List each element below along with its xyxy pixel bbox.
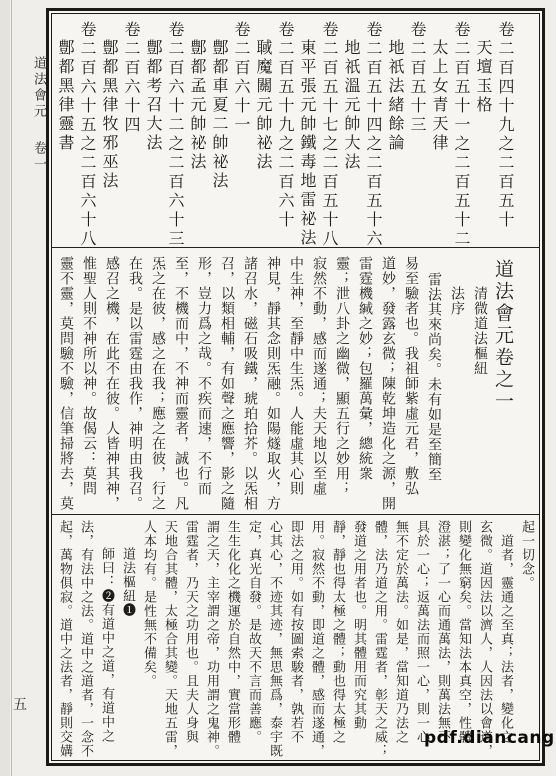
text-column: 法，有法中之法。道中之道者，一念不 — [75, 520, 96, 758]
body-text-section: 起一切念。道者，靈通之至真；法者，變化之玄微。道因法以濟人，人因法以會道，則變化… — [52, 515, 539, 760]
text-column: 謂之天，主宰謂之帝，功用謂之鬼神。 — [201, 520, 222, 758]
toc-column: 地祇法緒餘論 — [384, 21, 406, 245]
toc-column: 鄷都黑律靈書 — [54, 21, 76, 245]
page-border-frame: 卷二百四十九之二百五十天壇玉格卷二百五十一之二百五十二太上女青天律卷二百五十三地… — [46, 8, 545, 766]
text-column: 道者，靈通之至真；法者，變化之 — [495, 520, 516, 758]
text-column: 無不定於萬法。如是，當知道乃法之 — [390, 520, 411, 758]
toc-column: 東平張元帥鐵毒地雷祕法 — [296, 21, 318, 245]
text-column: 易至驗者也。我祖師紫虛元君，敷弘 — [399, 256, 422, 512]
text-column: 道法樞紐❶ — [117, 520, 138, 758]
margin-book-title: 道法會元 — [31, 56, 46, 120]
text-column: 則變化無窮矣。當知法本真空，性體 — [453, 520, 474, 758]
text-column: 澄湛；了一心而通萬法，則萬法無不 — [432, 520, 453, 758]
toc-column: 卷二百五十一之二百五十二 — [450, 21, 472, 245]
text-column: 雷法其來尚矣。未有如是至簡至 — [422, 256, 445, 512]
volume-title: 道法會元卷之一 — [491, 256, 514, 512]
toc-column: 卷二百五十四之二百五十六 — [362, 21, 384, 245]
text-column: 生生化化之機運於自然中，實當形體 — [222, 520, 243, 758]
text-column: 靈不靈，莫問驗不驗，信筆掃將去，莫 — [54, 256, 77, 512]
page-edge-shadow — [0, 0, 10, 776]
toc-column: 卷二百六十一 — [230, 21, 252, 245]
toc-column: 鄷都考召大法 — [142, 21, 164, 245]
toc-column: 卷二百六十四 — [120, 21, 142, 245]
text-column: 發道之用者也。明其體用而究其動 — [348, 520, 369, 758]
toc-column: 天壇玉格 — [472, 21, 494, 245]
text-column: 道妙，發露玄微；陳乾坤造化之源，開 — [376, 256, 399, 512]
toc-column: 鄷都車夏二帥祕法 — [208, 21, 230, 245]
toc-column-flow: 卷二百四十九之二百五十天壇玉格卷二百五十一之二百五十二太上女青天律卷二百五十三地… — [52, 14, 524, 247]
text-column: 炁之在彼，感之在我；應之在彼，行之 — [146, 256, 169, 512]
text-column: 雷霆機緘之妙；包羅萬彙，總統衆 — [353, 256, 376, 512]
body-column-flow: 起一切念。道者，靈通之至真；法者，變化之玄微。道因法以濟人，人因法以會道，則變化… — [52, 515, 539, 760]
text-column: 即法之用。如有按圖索駿者，孰若不 — [285, 520, 306, 758]
text-column: 玄微。道因法以濟人，人因法以會道， — [474, 520, 495, 758]
text-column: 中生神，至靜中生炁。人能虛其心則 — [284, 256, 307, 512]
text-column: 人本均有。是性無不備矣。 — [138, 520, 159, 758]
text-column: 諸召水，磁石吸鐵，琥珀拾芥。以炁相 — [238, 256, 261, 512]
toc-column: 卷二百四十九之二百五十 — [494, 21, 516, 245]
content-area: 卷二百四十九之二百五十天壇玉格卷二百五十一之二百五十二太上女青天律卷二百五十三地… — [51, 13, 540, 761]
text-column: 至，不機而中，不神而靈者，誠也。凡 — [169, 256, 192, 512]
preface-subtitle: 清微道法樞紐 — [468, 256, 491, 512]
text-column: 用。寂然不動，即道之體，感而遂通， — [306, 520, 327, 758]
toc-column: 卷二百五十三 — [406, 21, 428, 245]
text-column: 起一切念。 — [516, 520, 537, 758]
preface-section: 道法會元卷之一 清微道法樞紐 法序 雷法其來尚矣。未有如是至簡至易至驗者也。我祖… — [52, 248, 539, 514]
scanned-book-page: { "page": { "margin_title": "道法會元", "mar… — [0, 0, 556, 776]
text-column: 在我。是以雷霆由我作，神明由我召。 — [123, 256, 146, 512]
text-column: 寂然不動，感而遂通；夫天地以至虛 — [307, 256, 330, 512]
text-column: 感召之機，在此不在彼。人皆神其神， — [100, 256, 123, 512]
folio-page-number: 五 — [13, 694, 27, 714]
text-column: 師曰：❷有道中之道，有道中之 — [96, 520, 117, 758]
preface-section-title: 法序 — [445, 256, 468, 512]
watermark-text: pdf.diancang.xyz — [424, 728, 556, 748]
text-column: 形，豈力爲之哉。不疾而速，不行而 — [192, 256, 215, 512]
text-column: 具於一心；返萬法而照一心，則一心 — [411, 520, 432, 758]
toc-column: 卷二百六十五之二百六十八 — [76, 21, 98, 245]
margin-volume-label: 卷一 — [31, 141, 46, 173]
page-edge-line — [11, 0, 12, 776]
toc-column: 聝魔關元帥祕法 — [252, 21, 274, 245]
text-column: 靜，靜也得太極之體；動也得太極之 — [327, 520, 348, 758]
text-column: 召，以類相輔，有如聲之應響，影之隨 — [215, 256, 238, 512]
text-column: 定，真光自發。是故天不言而善應。 — [243, 520, 264, 758]
toc-column: 卷二百六十二之二百六十三 — [164, 21, 186, 245]
toc-column: 卷二百五十九之二百六十 — [274, 21, 296, 245]
table-of-contents-section: 卷二百四十九之二百五十天壇玉格卷二百五十一之二百五十二太上女青天律卷二百五十三地… — [52, 14, 539, 247]
toc-column: 太上女青天律 — [428, 21, 450, 245]
text-column: 起，萬物俱寂。道中之法者，靜則交媾 — [54, 520, 75, 758]
text-column: 雷霆者，乃天之功用也。且夫人身與 — [180, 520, 201, 758]
toc-column: 鄷都黑律牧邪巫法 — [98, 21, 120, 245]
toc-column: 地祇溫元帥大法 — [340, 21, 362, 245]
text-column: 體，法乃道之用。雷霆者，彰天之威； — [369, 520, 390, 758]
text-column: 靈；泄八卦之幽微，顯五行之妙用； — [330, 256, 353, 512]
text-column: 心其心，不迹其迹，無思無爲，泰宇既 — [264, 520, 285, 758]
text-column: 天地合其體，太極合其變。天地五雷， — [159, 520, 180, 758]
toc-column: 卷二百五十七之二百五十八 — [318, 21, 340, 245]
text-column: 神見，靜其念則炁融。如陽燧取火，方 — [261, 256, 284, 512]
preface-column-flow: 道法會元卷之一 清微道法樞紐 法序 雷法其來尚矣。未有如是至簡至易至驗者也。我祖… — [52, 248, 524, 514]
text-column: 惟聖人則不神所以神。故偈云：莫問 — [77, 256, 100, 512]
toc-column: 鄷都孟元帥祕法 — [186, 21, 208, 245]
